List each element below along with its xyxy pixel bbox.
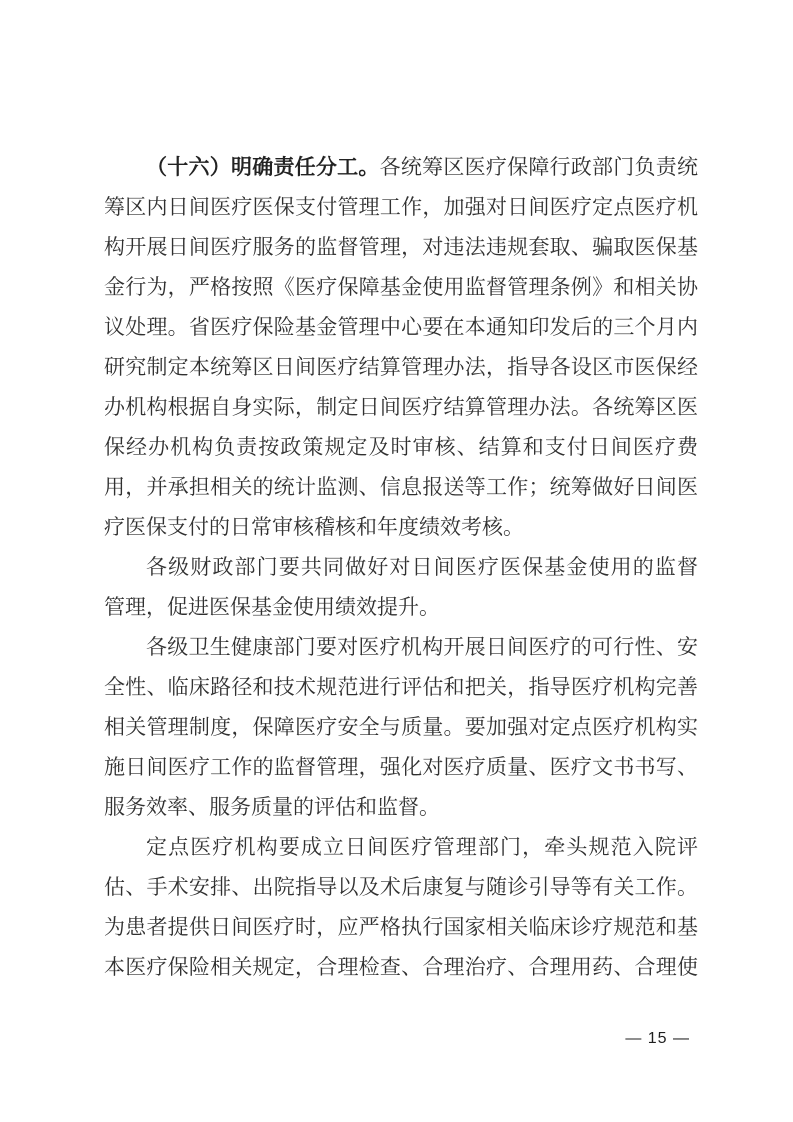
text-line: 金行为，严格按照《医疗保障基金使用监督管理条例》和相关协 [104,267,698,307]
text-line: 估、手术安排、出院指导以及术后康复与随诊引导等有关工作。 [104,867,698,907]
text-line: 筹区内日间医疗医保支付管理工作，加强对日间医疗定点医疗机 [104,187,698,227]
page-number: — 15 — [625,1030,690,1048]
text-line: 本医疗保险相关规定，合理检查、合理治疗、合理用药、合理使 [104,947,698,987]
text-line: （十六）明确责任分工。各统筹区医疗保障行政部门负责统 [104,147,698,187]
text-line: 办机构根据自身实际，制定日间医疗结算管理办法。各统筹区医 [104,387,698,427]
text-line: 疗医保支付的日常审核稽核和年度绩效考核。 [104,507,698,547]
text-line: 构开展日间医疗服务的监督管理，对违法违规套取、骗取医保基 [104,227,698,267]
text-line: 为患者提供日间医疗时，应严格执行国家相关临床诊疗规范和基 [104,907,698,947]
document-body: （十六）明确责任分工。各统筹区医疗保障行政部门负责统筹区内日间医疗医保支付管理工… [104,147,698,987]
text-line: 全性、临床路径和技术规范进行评估和把关，指导医疗机构完善 [104,667,698,707]
text-line: 保经办机构负责按政策规定及时审核、结算和支付日间医疗费 [104,427,698,467]
text-line: 各级财政部门要共同做好对日间医疗医保基金使用的监督 [104,547,698,587]
text-line: 相关管理制度，保障医疗安全与质量。要加强对定点医疗机构实 [104,707,698,747]
paragraph: （十六）明确责任分工。各统筹区医疗保障行政部门负责统筹区内日间医疗医保支付管理工… [104,147,698,547]
text-line: 各级卫生健康部门要对医疗机构开展日间医疗的可行性、安 [104,627,698,667]
text-line: 管理，促进医保基金使用绩效提升。 [104,587,698,627]
paragraph: 各级财政部门要共同做好对日间医疗医保基金使用的监督管理，促进医保基金使用绩效提升… [104,547,698,627]
section-heading: （十六）明确责任分工。 [146,155,380,179]
paragraph: 定点医疗机构要成立日间医疗管理部门，牵头规范入院评估、手术安排、出院指导以及术后… [104,827,698,987]
text-line: 议处理。省医疗保险基金管理中心要在本通知印发后的三个月内 [104,307,698,347]
text-line: 施日间医疗工作的监督管理，强化对医疗质量、医疗文书书写、 [104,747,698,787]
text-line: 用，并承担相关的统计监测、信息报送等工作；统筹做好日间医 [104,467,698,507]
paragraph: 各级卫生健康部门要对医疗机构开展日间医疗的可行性、安全性、临床路径和技术规范进行… [104,627,698,827]
text-line: 研究制定本统筹区日间医疗结算管理办法，指导各设区市医保经 [104,347,698,387]
text-line: 定点医疗机构要成立日间医疗管理部门，牵头规范入院评 [104,827,698,867]
document-page: （十六）明确责任分工。各统筹区医疗保障行政部门负责统筹区内日间医疗医保支付管理工… [0,0,793,1122]
text-line: 服务效率、服务质量的评估和监督。 [104,787,698,827]
